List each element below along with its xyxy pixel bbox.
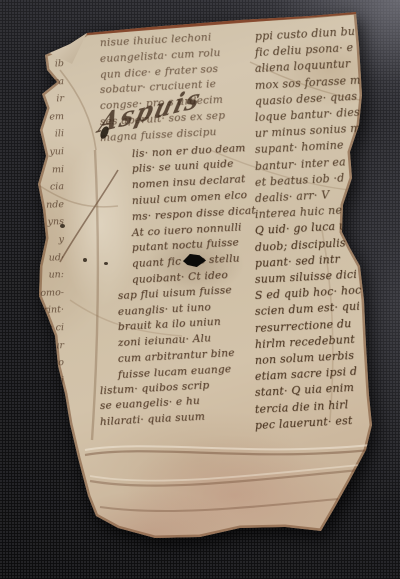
crumple-3 <box>100 499 338 511</box>
margin-fragment-line: mi <box>14 161 65 180</box>
margin-fragment-line: yui <box>14 143 65 162</box>
margin-fragment-line: ili <box>14 126 65 145</box>
margin-fragment-line: cia <box>14 178 65 197</box>
margin-fragment-line: y <box>14 231 65 250</box>
dark-speck <box>83 258 87 262</box>
margin-fragment-line: r· <box>14 407 65 426</box>
crease-gutter <box>92 150 98 440</box>
margin-fragment-line: yns <box>14 213 65 232</box>
photo-scene: unui pii et uuul uu ma et magn ibyrairem… <box>0 0 400 579</box>
crumple-1 <box>85 450 370 455</box>
margin-fragment-line: ir <box>14 90 65 109</box>
margin-fragment-line: zur <box>14 337 65 356</box>
margin-fragment-line: un: <box>14 266 65 285</box>
margin-fragment-line: e so <box>14 354 65 373</box>
margin-fragment-line: e ci <box>14 319 65 338</box>
left-margin-fragments: ibyrairemiliyuimiciandeynsyud·un:homo-ri… <box>14 56 64 425</box>
parchment-leaf: unui pii et uuul uu ma et magn ibyrairem… <box>0 0 400 579</box>
crease-topleft <box>60 70 96 150</box>
margin-fragment-line: yra <box>14 73 65 92</box>
parchment-wrap: unui pii et uuul uu ma et magn ibyrairem… <box>0 0 400 579</box>
dark-speck <box>60 224 65 228</box>
margin-fragment-line: rint· <box>14 301 65 320</box>
margin-fragment-line: hri <box>14 372 65 391</box>
crumple-1-light <box>85 445 370 450</box>
right-text-column: ppi custo diun bufic deliu psona· ealien… <box>255 29 370 434</box>
margin-fragment-line: d dnr <box>14 389 65 408</box>
margin-fragment-line: ud· <box>14 249 65 268</box>
margin-fragment-line: ib <box>14 55 65 74</box>
dark-speck <box>104 262 108 265</box>
faded-mark <box>70 496 79 500</box>
margin-fragment-line: em <box>14 108 65 127</box>
margin-fragment-line: homo- <box>14 284 65 303</box>
margin-fragment-line: nde <box>14 196 65 215</box>
